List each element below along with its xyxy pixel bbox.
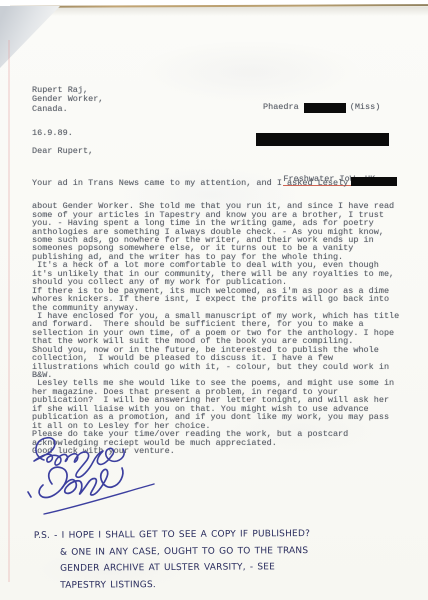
handwritten-signature-block [20, 430, 230, 535]
paper-top-shadow [0, 7, 428, 16]
postscript-line: GENDER ARCHIVE AT ULSTER VARSITY, - SEE [60, 559, 310, 577]
handwritten-postscript: P.S. - I HOPE I SHALL GET TO SEE A COPY … [34, 526, 311, 594]
sender-name-suffix: (Miss) [350, 103, 381, 112]
redaction-bar [256, 133, 389, 146]
body-line: illustrations which could go with it, - … [32, 363, 399, 371]
signature-name-handwriting [28, 467, 154, 514]
letter-body: Your ad in Trans News came to my attenti… [32, 160, 399, 464]
recipient-address-block: Rupert Raj,Gender Worker,Canada. [32, 86, 103, 114]
salutation: Dear Rupert, [32, 146, 93, 156]
redaction-box [304, 103, 346, 113]
letter-date: 16.9.89. [32, 128, 73, 138]
postscript-line: TAPESTRY LISTINGS. [60, 576, 310, 594]
body-line: Your ad in Trans News came to my attenti… [32, 177, 399, 185]
red-margin-line [8, 40, 10, 582]
sender-name-row: Phaedra (Miss) [263, 103, 389, 114]
body-line1-text: Your ad in Trans News came to my attenti… [32, 178, 348, 188]
postscript-line: & ONE IN ANY CASE, OUGHT TO GO TO THE TR… [60, 543, 310, 561]
regards-handwriting [34, 438, 124, 478]
postscript-line: P.S. - I HOPE I SHALL GET TO SEE A COPY … [34, 526, 310, 544]
redaction-box [351, 177, 397, 186]
sender-name: Phaedra [263, 103, 299, 112]
body-lines: about Gender Worker. She told me that yo… [32, 202, 399, 455]
recipient-line: Canada. [32, 105, 103, 114]
